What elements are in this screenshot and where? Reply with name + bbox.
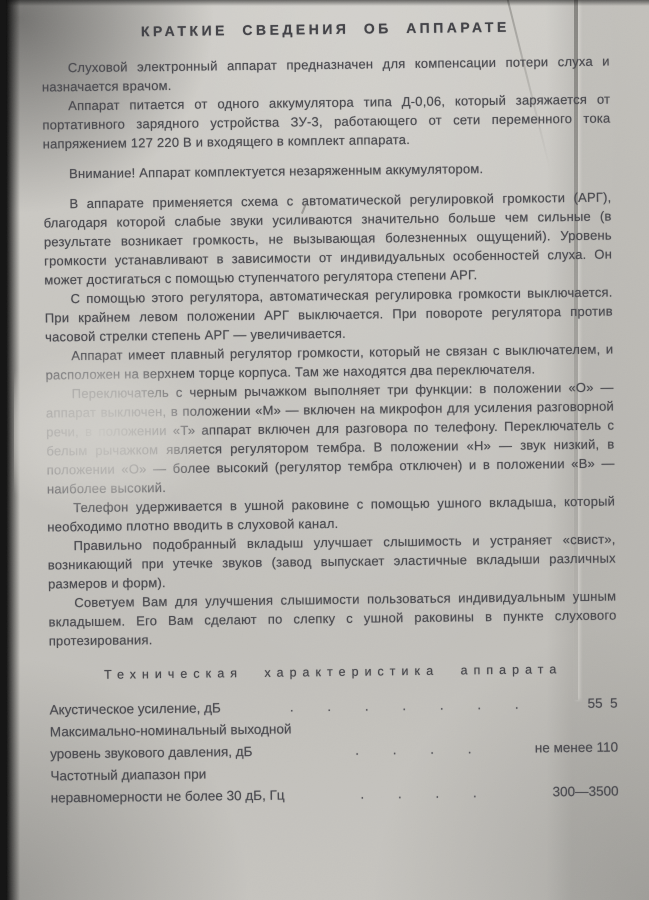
photo-top-shadow <box>6 0 649 6</box>
spec-value: 300—3500 <box>552 781 618 804</box>
spec-label-line: Максимально-номинальный выходной <box>50 718 292 743</box>
tech-specs-table: Акустическое усиление, дБ . . . . . . . … <box>49 693 618 810</box>
paragraph-arg-scheme: В аппарате применяется схема с автоматич… <box>43 188 612 290</box>
paragraph-power: Аппарат питается от одного аккумулятора … <box>42 90 611 154</box>
paragraph-ear-insert: Правильно подобранный вкладыш улучшает с… <box>47 530 616 594</box>
spec-label: Максимально-номинальный выходной уровень… <box>50 718 292 765</box>
dot-leader: . . . . . . . <box>221 693 588 719</box>
paragraph-custom-insert: Советуем Вам для улучшения слышимости по… <box>48 587 617 651</box>
paragraph-attention-note: Внимание! Аппарат комплектуется незаряже… <box>43 158 611 184</box>
tech-spec-heading: Техническая характеристика аппарата <box>49 660 617 686</box>
page-title: КРАТКИЕ СВЕДЕНИЯ ОБ АППАРАТЕ <box>41 17 609 43</box>
spec-value: 55 5 <box>587 693 617 715</box>
spec-row-output-level: Максимально-номинальный выходной уровень… <box>50 715 618 766</box>
spec-label: Частотный диапазон при неравномерности н… <box>50 763 284 810</box>
paragraph-arg-regulator: С помощью этого регулятора, автоматическ… <box>44 283 613 347</box>
dot-leader: . . . . <box>292 738 535 763</box>
paper-page: КРАТКИЕ СВЕДЕНИЯ ОБ АППАРАТЕ Слуховой эл… <box>6 0 649 900</box>
spec-label: Акустическое усиление, дБ <box>49 697 221 721</box>
spec-label-line: неравномерности не более 30 дБ, Гц <box>51 785 285 810</box>
spec-label-line: Акустическое усиление, дБ <box>49 697 221 721</box>
spec-value: не менее 110 <box>535 737 619 760</box>
document-photo: КРАТКИЕ СВЕДЕНИЯ ОБ АППАРАТЕ Слуховой эл… <box>0 0 649 900</box>
paper-glare-spot <box>14 348 214 518</box>
spec-label-line: уровень звукового давления, дБ <box>50 740 292 765</box>
spec-label-line: Частотный диапазон при <box>50 763 284 788</box>
spec-row-frequency-range: Частотный диапазон при неравномерности н… <box>50 759 618 810</box>
dot-leader: . . . . <box>284 781 552 806</box>
